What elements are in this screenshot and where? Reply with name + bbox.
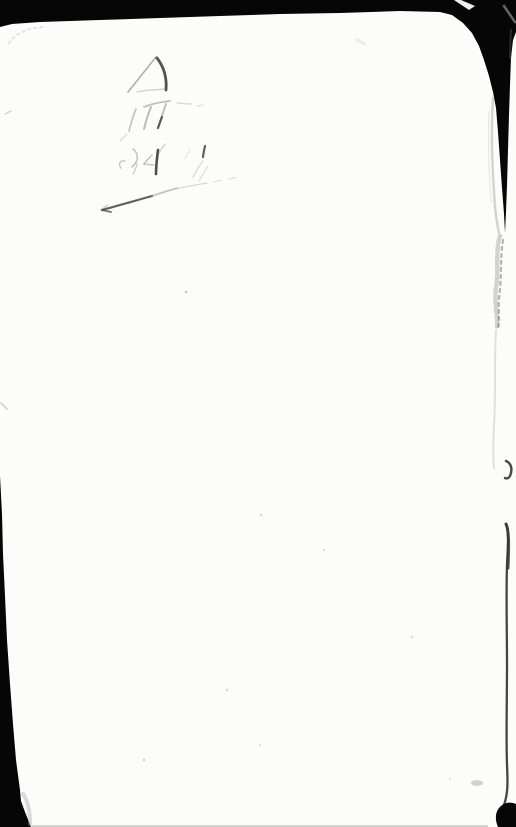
paper-speck (449, 778, 451, 780)
topright-dark-dash (510, 30, 511, 58)
paper-speck (226, 689, 228, 691)
paper-speck (185, 291, 188, 294)
paper-speck (143, 759, 145, 761)
paper-speck (260, 514, 262, 516)
scan-canvas (0, 0, 516, 827)
paper-speck (323, 549, 325, 551)
bottom-right-smudge (471, 780, 483, 786)
paper-sheet (0, 0, 516, 827)
paper-speck (411, 636, 414, 639)
scanned-page: scanned blank book page (0, 0, 516, 827)
paper-speck (259, 744, 261, 746)
